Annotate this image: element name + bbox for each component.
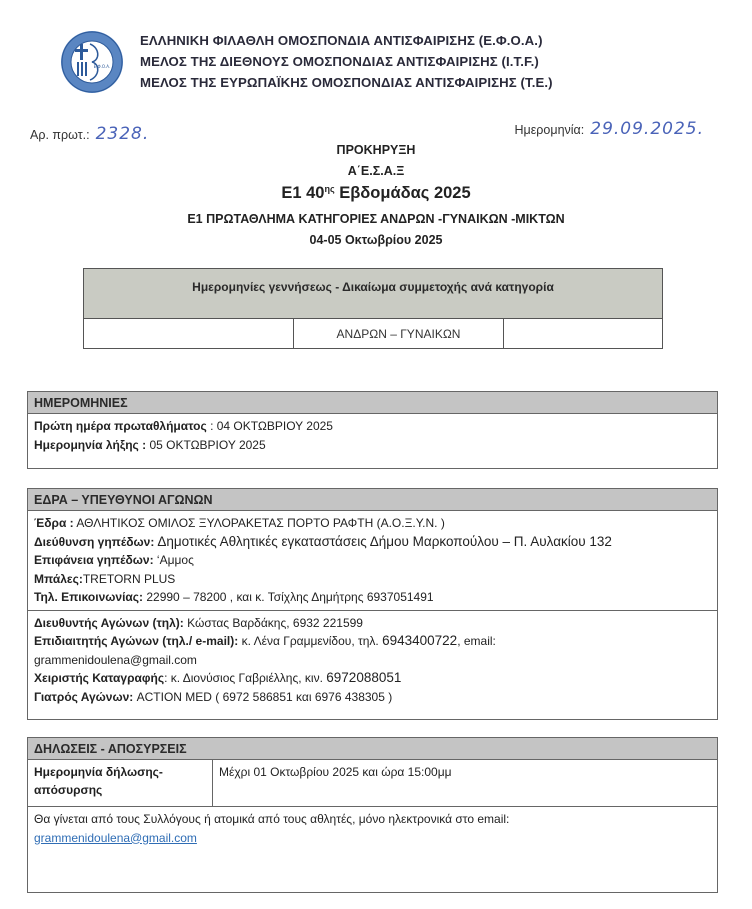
balls-row: Μπάλες:TRETORN PLUS (34, 570, 711, 589)
operator-row: Χειριστής Καταγραφής: κ. Διονύσιος Γαβρι… (34, 669, 711, 688)
address-row: Διεύθυνση γηπέδων: Δημοτικές Αθλητικές ε… (34, 533, 711, 552)
entries-note: Θα γίνεται από τους Συλλόγους ή ατομικά … (34, 810, 711, 829)
first-day-row: Πρώτη ημέρα πρωταθλήματος : 04 ΟΚΤΩΒΡΙΟΥ… (34, 417, 711, 436)
seat-row: Έδρα : ΑΘΛΗΤΙΚΟΣ ΟΜΙΛΟΣ ΞΥΛΟΡΑΚΕΤΑΣ ΠΟΡΤ… (34, 514, 711, 533)
venue-heading: ΕΔΡΑ – ΥΠΕΥΘΥΝΟΙ ΑΓΩΝΩΝ (28, 489, 717, 511)
protocol-number: Αρ. πρωτ.:2328. (30, 124, 149, 144)
end-date-row: Ημερομηνία λήξης : 05 ΟΚΤΩΒΡΙΟΥ 2025 (34, 436, 711, 455)
entries-withdrawals-section: ΔΗΛΩΣΕΙΣ - ΑΠΟΣΥΡΣΕΙΣ Ημερομηνία δήλωσης… (27, 737, 718, 893)
surface-row: Επιφάνεια γηπέδων: ‘Αμμος (34, 551, 711, 570)
entries-heading: ΔΗΛΩΣΕΙΣ - ΑΠΟΣΥΡΣΕΙΣ (28, 738, 717, 760)
event-dates: 04-05 Οκτωβρίου 2025 (0, 233, 752, 247)
championship-subtitle: Ε1 ΠΡΩΤΑΘΛΗΜΑ ΚΑΤΗΓΟΡΙΕΣ ΑΝΔΡΩΝ -ΓΥΝΑΙΚΩ… (0, 212, 752, 226)
referee-email: grammenidoulena@gmail.com (34, 651, 711, 670)
doctor-row: Γιατρός Αγώνων: ACTION MED ( 6972 586851… (34, 688, 711, 707)
dates-section: ΗΜΕΡΟΜΗΝΙΕΣ Πρώτη ημέρα πρωταθλήματος : … (27, 391, 718, 469)
category-code: Α΄Ε.Σ.Α.Ξ (0, 164, 752, 178)
document-date: Ημερομηνία:29.09.2025. (515, 119, 705, 139)
phone-row: Τηλ. Επικοινωνίας: 22990 – 78200 , και κ… (34, 588, 711, 607)
age-table-cell (84, 319, 294, 349)
protocol-value: 2328. (96, 124, 150, 144)
te-membership: ΜΕΛΟΣ ΤΗΣ ΕΥΡΩΠΑΪΚΗΣ ΟΜΟΣΠΟΝΔΙΑΣ ΑΝΤΙΣΦΑ… (140, 72, 553, 93)
date-label: Ημερομηνία: (515, 123, 585, 137)
venue-officials-section: ΕΔΡΑ – ΥΠΕΥΘΥΝΟΙ ΑΓΩΝΩΝ Έδρα : ΑΘΛΗΤΙΚΟΣ… (27, 488, 718, 720)
director-row: Διευθυντής Αγώνων (τηλ): Κώστας Βαρδάκης… (34, 614, 711, 633)
deadline-value: Μέχρι 01 Οκτωβρίου 2025 και ώρα 15:00μμ (213, 760, 458, 806)
referee-row: Επιδιαιτητής Αγώνων (τηλ./ e-mail): κ. Λ… (34, 632, 711, 651)
organization-header: ΕΛΛΗΝΙΚΗ ΦΙΛΑΘΛΗ ΟΜΟΣΠΟΝΔΙΑ ΑΝΤΙΣΦΑΙΡΙΣΗ… (140, 30, 553, 93)
itf-membership: ΜΕΛΟΣ ΤΗΣ ΔΙΕΘΝΟΥΣ ΟΜΟΣΠΟΝΔΙΑΣ ΑΝΤΙΣΦΑΙΡ… (140, 51, 553, 72)
entries-email-link[interactable]: grammenidoulena@gmail.com (34, 831, 197, 845)
age-table-cell: ΑΝΔΡΩΝ – ΓΥΝΑΙΚΩΝ (294, 319, 504, 349)
doc-type-title: ΠΡΟΚΗΡΥΞΗ (0, 143, 752, 157)
dates-heading: ΗΜΕΡΟΜΗΝΙΕΣ (28, 392, 717, 414)
deadline-row: Ημερομηνία δήλωσης- απόσυρσης Μέχρι 01 Ο… (28, 760, 717, 807)
deadline-label: Ημερομηνία δήλωσης- απόσυρσης (28, 760, 213, 806)
age-table-header: Ημερομηνίες γεννήσεως - Δικαίωμα συμμετο… (84, 269, 663, 319)
protocol-label: Αρ. πρωτ.: (30, 128, 90, 142)
org-name: ΕΛΛΗΝΙΚΗ ΦΙΛΑΘΛΗ ΟΜΟΣΠΟΝΔΙΑ ΑΝΤΙΣΦΑΙΡΙΣΗ… (140, 30, 553, 51)
svg-text:Ε.Φ.Ο.Α.: Ε.Φ.Ο.Α. (94, 64, 111, 69)
age-table-cell (504, 319, 663, 349)
efoa-logo-icon: Ε.Φ.Ο.Α. (60, 30, 124, 94)
date-value: 29.09.2025. (590, 119, 704, 139)
event-title: Ε1 40ης Εβδομάδας 2025 (0, 184, 752, 203)
age-eligibility-table: Ημερομηνίες γεννήσεως - Δικαίωμα συμμετο… (83, 268, 663, 349)
